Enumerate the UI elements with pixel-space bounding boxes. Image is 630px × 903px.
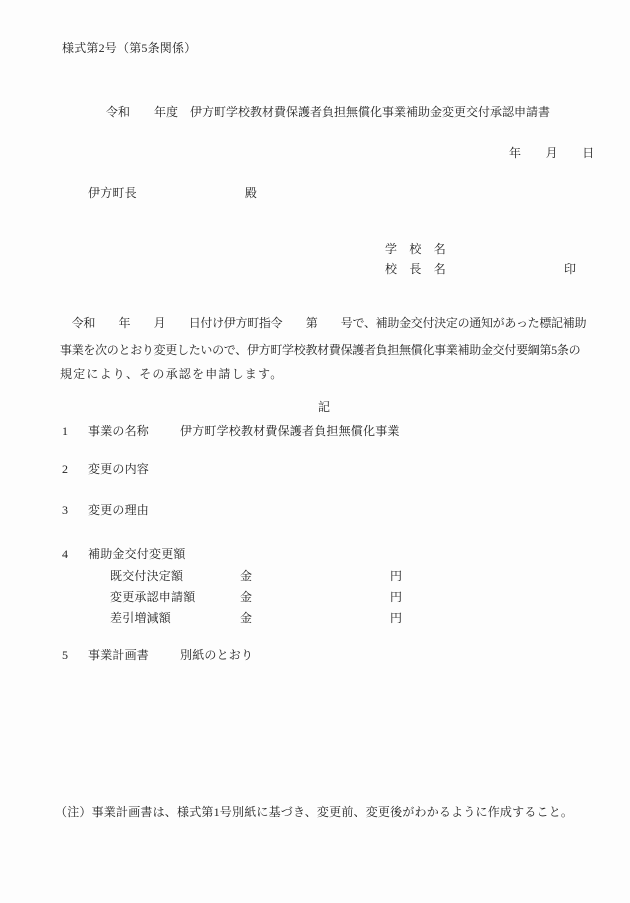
amount-row-3-label: 差引増減額 [110,611,240,626]
school-name-label: 学 校 名 [385,242,446,257]
document-title: 令和 年度 伊方町学校教材費保護者負担無償化事業補助金変更交付承認申請書 [106,105,550,120]
item-5-value: 別紙のとおり [180,648,253,662]
amount-row-3-suffix: 円 [390,611,402,625]
item-1-number: 1 [62,424,88,439]
amount-row-3: 差引増減額金円 [110,611,402,626]
item-5-label: 事業計画書 [88,648,180,663]
body-paragraph-line-2: 事業を次のとおり変更したいので、伊方町学校教材費保護者負担無償化事業補助金交付要… [60,343,580,358]
ki-heading: 記 [318,400,330,415]
honorific: 殿 [245,186,257,201]
list-item-2: 2変更の内容 [62,462,180,477]
item-3-label: 変更の理由 [88,503,180,518]
item-3-number: 3 [62,503,88,518]
list-item-5: 5事業計画書別紙のとおり [62,648,253,663]
footnote: （注）事業計画書は、様式第1号別紙に基づき、変更前、変更後がわかるように作成する… [55,805,573,820]
list-item-3: 3変更の理由 [62,503,180,518]
list-item-1: 1事業の名称伊方町学校教材費保護者負担無償化事業 [62,424,400,439]
addressee: 伊方町長 [88,186,137,200]
seal-mark: 印 [564,262,576,277]
document-page: 様式第2号（第5条関係） 令和 年度 伊方町学校教材費保護者負担無償化事業補助金… [0,0,630,903]
body-paragraph-line-3: 規定により、その承認を申請します。 [60,367,283,382]
amount-row-2-label: 変更承認申請額 [110,590,240,605]
amount-row-2: 変更承認申請額金円 [110,590,402,605]
amount-row-2-suffix: 円 [390,590,402,604]
body-paragraph-line-1: 令和 年 月 日付け伊方町指令 第 号で、補助金交付決定の通知があった標記補助 [60,316,586,331]
date-blank-line: 年 月 日 [509,146,594,161]
amount-row-1-suffix: 円 [390,569,402,583]
amount-row-1: 既交付決定額金円 [110,569,402,584]
amount-row-3-prefix: 金 [240,611,390,626]
form-number: 様式第2号（第5条関係） [62,41,196,56]
item-4-label: 補助金交付変更額 [88,547,186,561]
amount-row-1-label: 既交付決定額 [110,569,240,584]
item-5-number: 5 [62,648,88,663]
principal-name-label: 校 長 名 [385,262,446,276]
addressee-line: 伊方町長殿 [88,186,257,201]
list-item-4: 4補助金交付変更額 [62,547,186,562]
item-1-label: 事業の名称 [88,424,180,439]
item-4-number: 4 [62,547,88,562]
item-2-number: 2 [62,462,88,477]
principal-name-line: 校 長 名印 [385,262,576,277]
amount-row-1-prefix: 金 [240,569,390,584]
item-2-label: 変更の内容 [88,462,180,477]
amount-row-2-prefix: 金 [240,590,390,605]
item-1-value: 伊方町学校教材費保護者負担無償化事業 [180,424,400,438]
